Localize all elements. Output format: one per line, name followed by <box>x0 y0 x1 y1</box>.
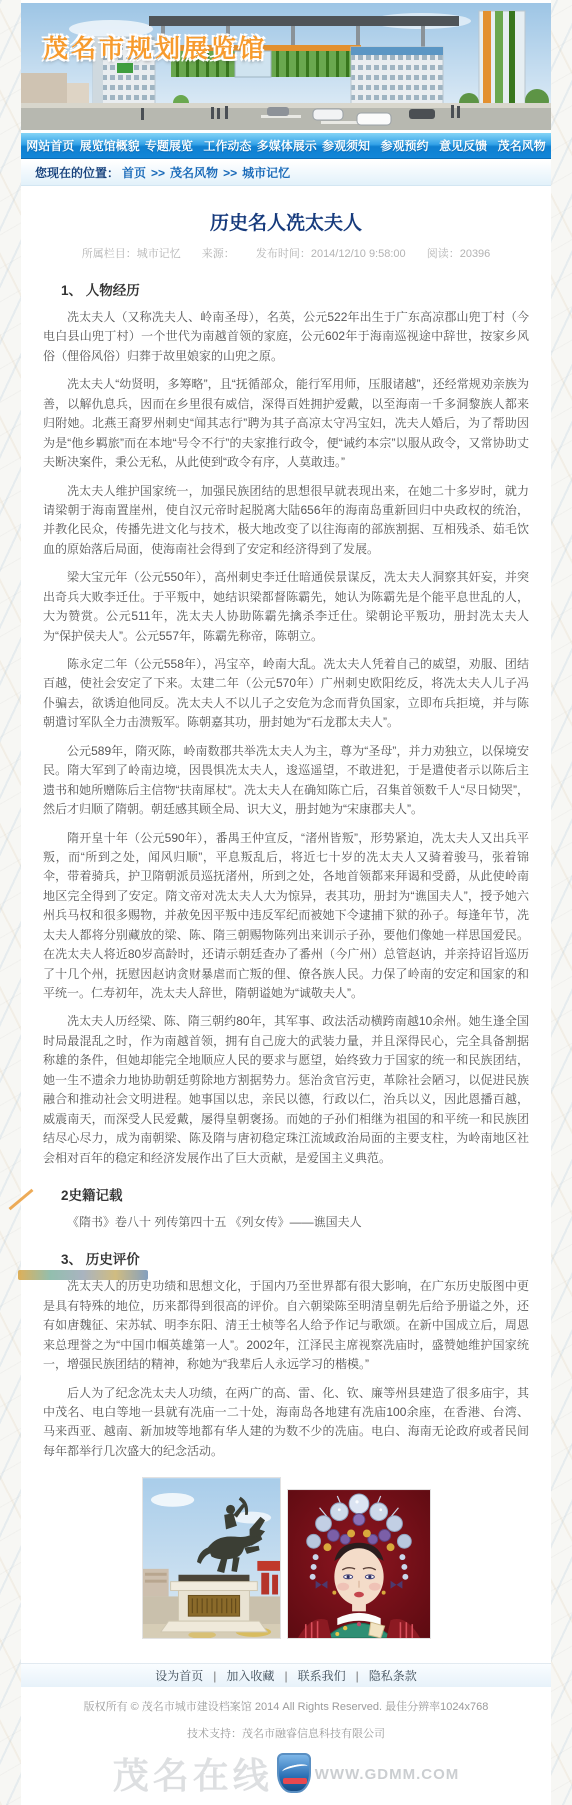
watermark-cjk-text: 茂名在线 <box>113 1748 273 1799</box>
nav-item-reservation[interactable]: 参观预约 <box>375 133 434 158</box>
breadcrumb: 您现在的位置：首页>>茂名风物>>城市记忆 <box>21 161 551 186</box>
cutoff-thumbnail-strip <box>18 1270 148 1280</box>
section1-paragraph: 陈永定二年（公元558年），冯宝卒，岭南大乱。冼太夫人凭着自己的威望，劝服、团结… <box>43 655 529 733</box>
watermark-url-text: WWW.GDMM.COM <box>315 1767 459 1782</box>
statue-photo <box>142 1477 281 1639</box>
section3-heading: 3、 历史评价 <box>43 1248 529 1268</box>
section1-paragraph: 冼太夫人维护国家统一，加强民族团结的思想很早就表现出来，在她二十多岁时，就力请梁… <box>43 482 529 560</box>
section3-paragraph: 后人为了纪念冼太夫人功绩，在两广的高、雷、化、钦、廉等州县建造了很多庙宇，其中茂… <box>43 1384 529 1462</box>
breadcrumb-separator: >> <box>151 166 165 180</box>
footer-link-privacy[interactable]: 隐私条款 <box>369 1669 417 1683</box>
breadcrumb-label: 您现在的位置： <box>35 166 119 180</box>
breadcrumb-subsection-link[interactable]: 城市记忆 <box>242 166 290 180</box>
footer-link-divider: | <box>213 1669 216 1683</box>
footer-links: 设为首页|加入收藏|联系我们|隐私条款 <box>21 1663 551 1687</box>
section2-heading: 2史籍记载 <box>43 1184 529 1204</box>
nav-item-overview[interactable]: 展览馆概貌 <box>80 133 140 158</box>
section1-paragraph: 冼太夫人历经梁、陈、隋三朝约80年，其军事、政法活动横跨南越10余州。她生逢全国… <box>43 1012 529 1168</box>
article-meta: 所属栏目：城市记忆 来源： 发布时间：2014/12/10 9:58:00 阅读… <box>43 245 529 261</box>
footer-link-set-home[interactable]: 设为首页 <box>155 1669 203 1683</box>
meta-category: 所属栏目：城市记忆 <box>82 248 181 260</box>
meta-source: 来源： <box>202 248 235 260</box>
meta-published: 发布时间：2014/12/10 9:58:00 <box>256 248 406 260</box>
page-title: 历史名人冼太夫人 <box>43 208 529 235</box>
section1-heading: 1、 人物经历 <box>43 279 529 299</box>
section1-paragraph: 冼太夫人“幼贤明，多筹略”，且“抚循部众，能行军用师，压服诸越”，还经常规劝亲族… <box>43 375 529 472</box>
swoosh-icon <box>281 1763 308 1776</box>
nav-item-multimedia[interactable]: 多媒体展示 <box>257 133 317 158</box>
portrait-photo <box>287 1489 431 1639</box>
logo-band <box>283 1778 307 1784</box>
section2-paragraph: 《隋书》卷八十 列传第四十五 《列女传》——谯国夫人 <box>43 1213 529 1232</box>
nav-item-news[interactable]: 工作动态 <box>198 133 257 158</box>
meta-views: 阅读：20396 <box>427 248 491 260</box>
nav-item-exhibitions[interactable]: 专题展览 <box>140 133 199 158</box>
breadcrumb-home-link[interactable]: 首页 <box>122 166 146 180</box>
nav-item-local-culture[interactable]: 茂名风物 <box>492 133 551 158</box>
footer-link-contact[interactable]: 联系我们 <box>298 1669 346 1683</box>
article: 历史名人冼太夫人 所属栏目：城市记忆 来源： 发布时间：2014/12/10 9… <box>21 186 551 1663</box>
banner-photo: 茂名市规划展览馆 <box>21 3 551 130</box>
footer-link-bookmark[interactable]: 加入收藏 <box>226 1669 274 1683</box>
nav-item-visit-info[interactable]: 参观须知 <box>317 133 376 158</box>
footer-link-divider: | <box>356 1669 359 1683</box>
section3-paragraph: 冼太夫人的历史功绩和思想文化，于国内乃至世界都有很大影响，在广东历史版图中更是具… <box>43 1277 529 1374</box>
page-column: 茂名市规划展览馆 网站首页 展览馆概貌 专题展览 工作动态 多媒体展示 参观须知… <box>21 0 551 1805</box>
copyright-text: 版权所有 © 茂名市城市建设档案馆 2014 All Rights Reserv… <box>21 1698 551 1714</box>
section1-paragraph: 隋开皇十年（公元590年），番禺王仲宣反，“渚州皆叛”，形势紧迫，冼太夫人又出兵… <box>43 829 529 1004</box>
nav-item-feedback[interactable]: 意见反馈 <box>434 133 493 158</box>
tech-support-text: 技术支持：茂名市融睿信息科技有限公司 <box>21 1725 551 1741</box>
section1-paragraph: 冼太夫人（又称冼夫人、岭南圣母），名英，公元522年出生于广东高凉郡山兜丁村（今… <box>43 308 529 366</box>
site-title: 茂名市规划展览馆 <box>43 29 267 65</box>
breadcrumb-section-link[interactable]: 茂名风物 <box>170 166 218 180</box>
site-watermark: 茂名在线 WWW.GDMM.COM <box>21 1747 551 1799</box>
banner-illustration <box>21 3 551 130</box>
shield-logo-icon <box>277 1753 311 1793</box>
section1-paragraph: 公元589年，隋灭陈，岭南数郡共举冼太夫人为主，尊为“圣母”，并力劝独立，以保境… <box>43 742 529 820</box>
section1-paragraph: 梁大宝元年（公元550年），高州刺史李迁仕暗通侯景谋反，冼太夫人洞察其奸妄，并突… <box>43 568 529 646</box>
article-photos <box>43 1477 529 1639</box>
main-nav: 网站首页 展览馆概貌 专题展览 工作动态 多媒体展示 参观须知 参观预约 意见反… <box>21 133 551 159</box>
nav-item-home[interactable]: 网站首页 <box>21 133 80 158</box>
breadcrumb-separator: >> <box>223 166 237 180</box>
footer-link-divider: | <box>284 1669 287 1683</box>
